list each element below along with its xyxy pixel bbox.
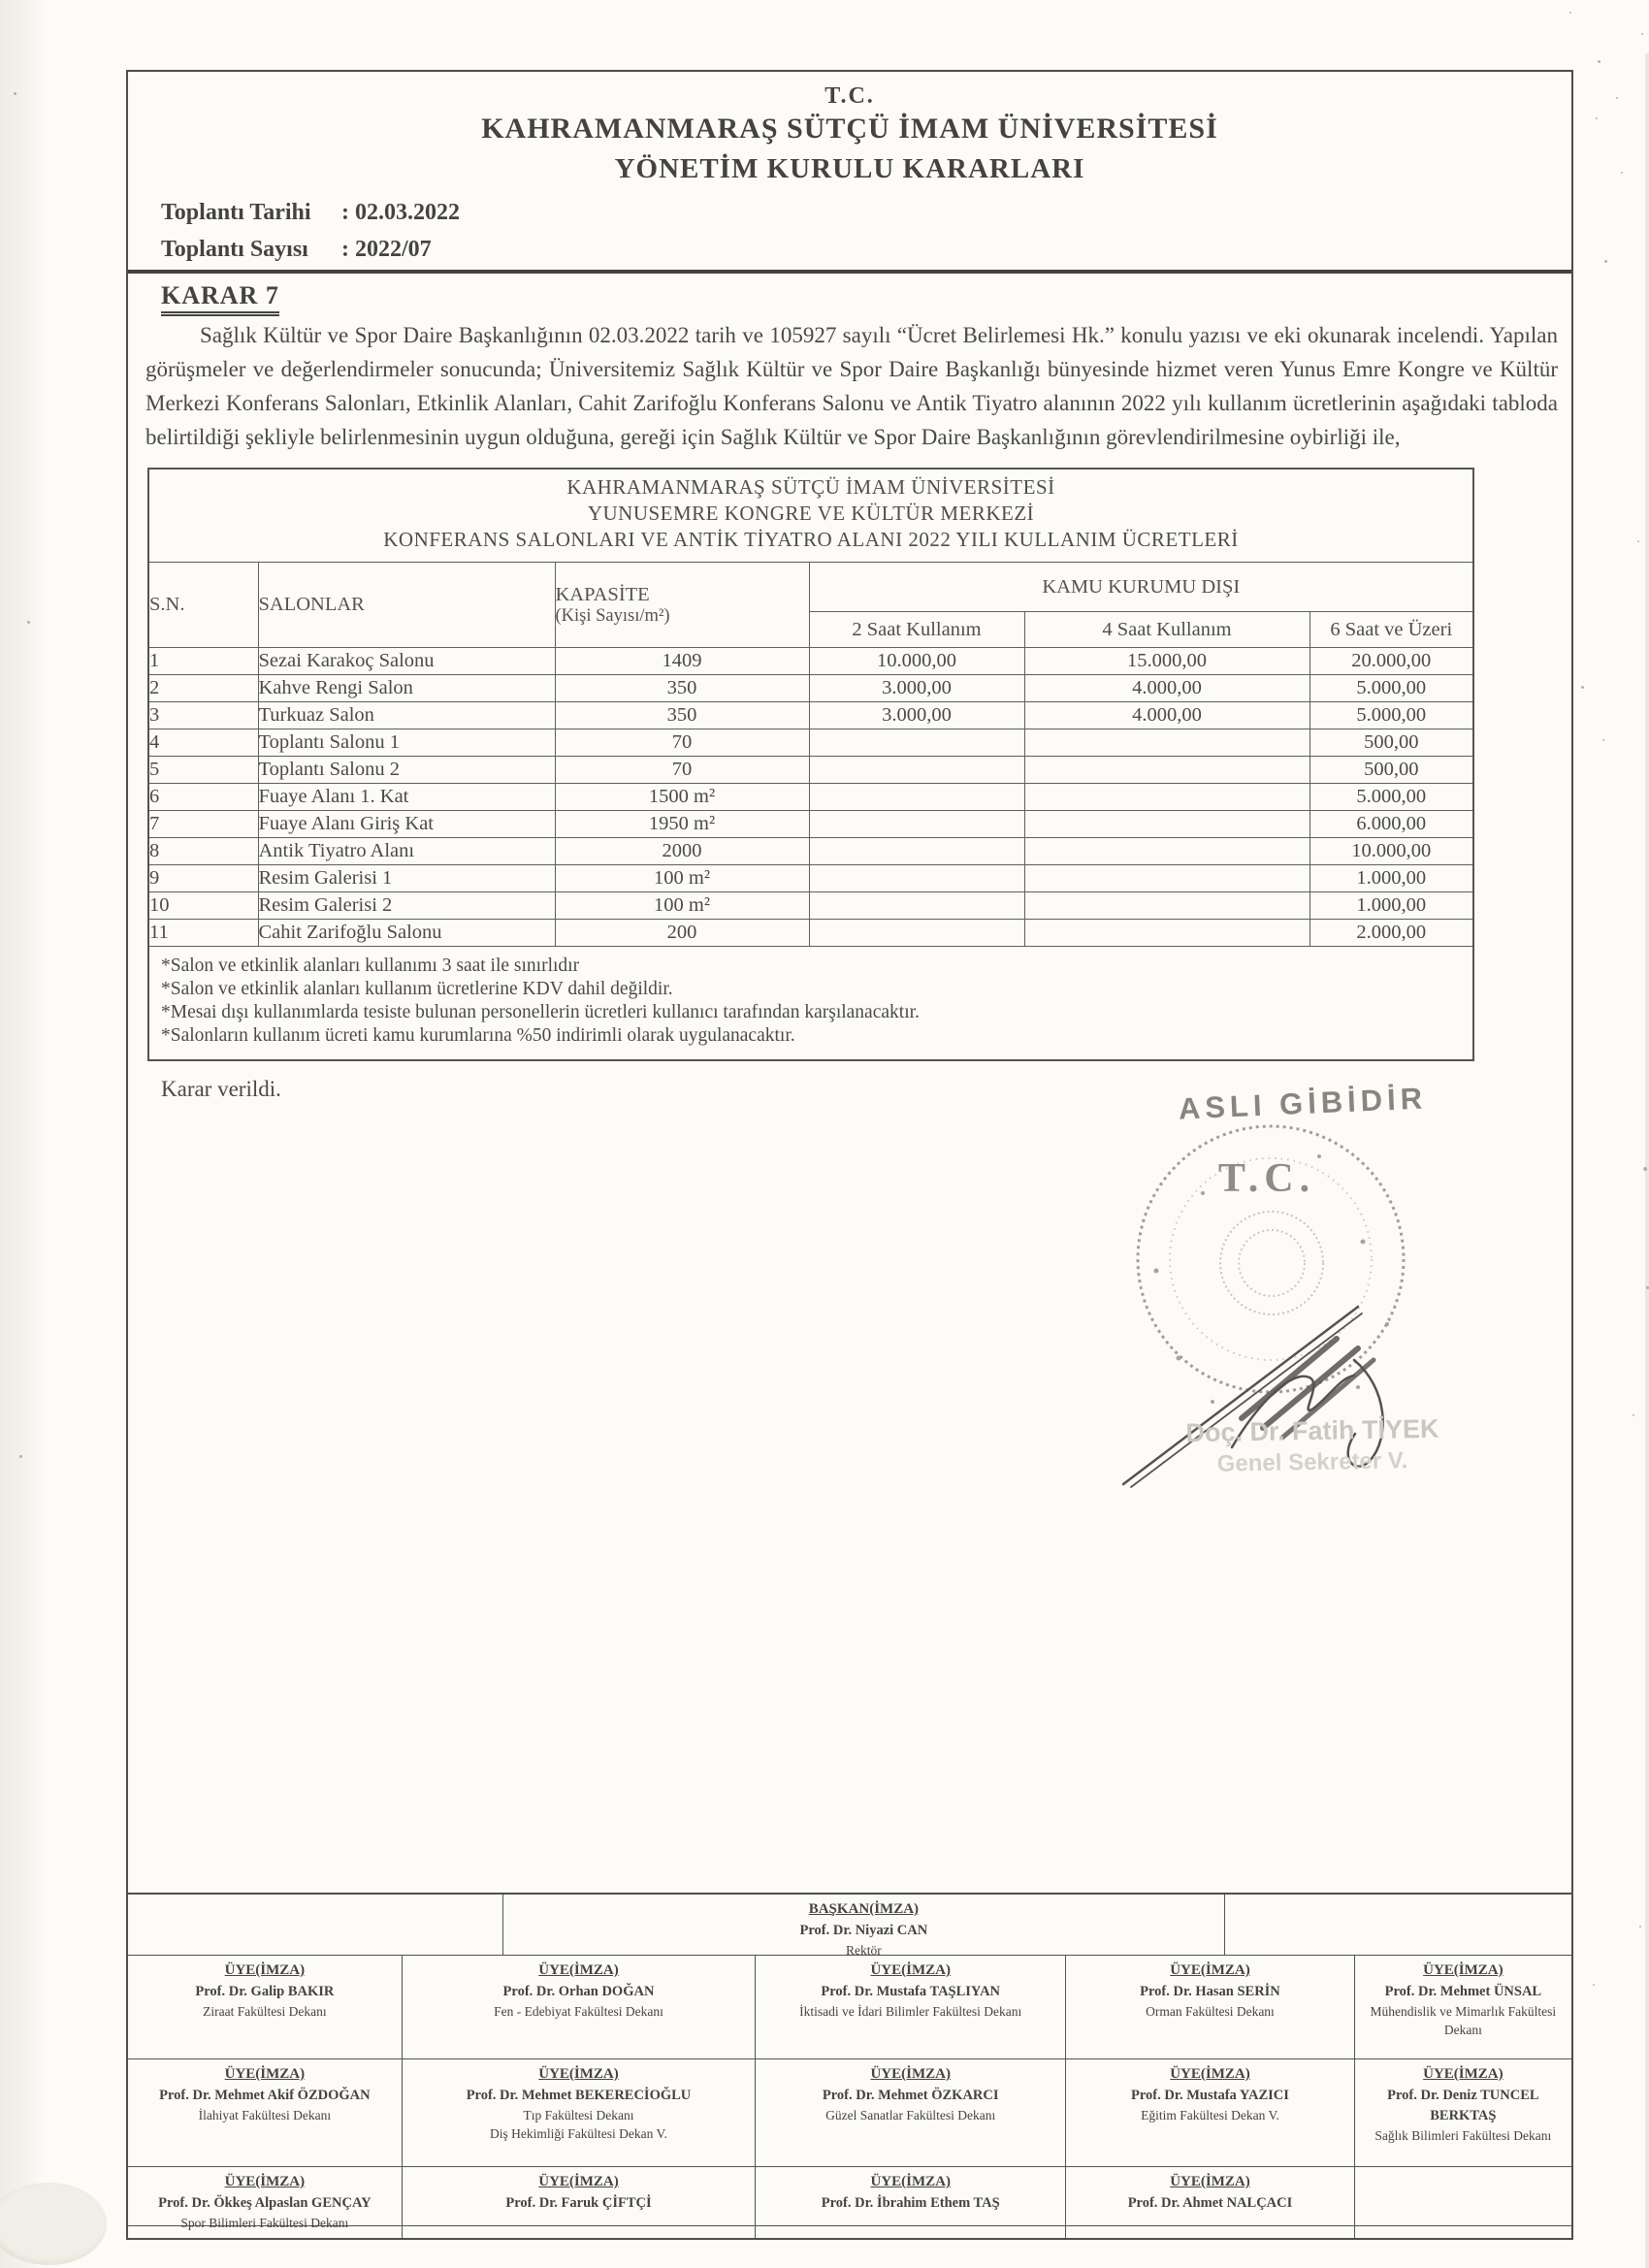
signature-member-name: Prof. Dr. Mustafa TAŞLIYAN [756, 1982, 1065, 2002]
fee-row-4h-price: 4.000,00 [1024, 675, 1309, 702]
fee-row-4h-price [1024, 784, 1309, 811]
signature-member-cell: ÜYE(İMZA) Prof. Dr. İbrahim Ethem TAŞ [756, 2167, 1066, 2225]
signature-member-cell: ÜYE(İMZA) Prof. Dr. Faruk ÇİFTÇİ [403, 2167, 757, 2225]
fee-row-sn: 1 [148, 648, 258, 675]
signature-member-label: ÜYE(İMZA) [1066, 2172, 1354, 2193]
fee-row-6h-price: 2.000,00 [1309, 920, 1473, 947]
fee-col-2h: 2 Saat Kullanım [809, 612, 1024, 648]
fee-row-2h-price: 3.000,00 [809, 702, 1024, 729]
header-republic-line: T.C. [128, 83, 1571, 110]
scan-speck [1581, 686, 1584, 689]
fee-table-footnote: *Salon ve etkinlik alanları kullanımı 3 … [161, 955, 1463, 978]
scan-speck [1596, 117, 1598, 119]
fee-col-6h: 6 Saat ve Üzeri [1309, 612, 1473, 648]
fee-row-salon: Toplantı Salonu 1 [258, 729, 555, 757]
fee-row-2h-price [809, 838, 1024, 865]
signature-member-name: Prof. Dr. Faruk ÇİFTÇİ [403, 2193, 756, 2214]
fee-row-salon: Resim Galerisi 2 [258, 892, 555, 920]
signature-member-label: ÜYE(İMZA) [1066, 2064, 1354, 2086]
meeting-date-value: : 02.03.2022 [341, 200, 460, 225]
signature-member-label: ÜYE(İMZA) [128, 1960, 402, 1982]
signature-member-role: İlahiyat Fakültesi Dekanı [128, 2106, 402, 2125]
fee-row-capacity: 350 [555, 702, 809, 729]
signature-member-role: Mühendislik ve Mimarlık Fakültesi Dekanı [1355, 2002, 1571, 2040]
signature-empty-cell [128, 1895, 503, 1955]
fee-col-sn: S.N. [148, 563, 258, 648]
scan-speck [19, 1455, 22, 1458]
signature-members-row: ÜYE(İMZA) Prof. Dr. Ökkeş Alpaslan GENÇA… [128, 2167, 1571, 2226]
fee-row-capacity: 2000 [555, 838, 809, 865]
fee-table-footnote: *Salon ve etkinlik alanları kullanım ücr… [161, 978, 1463, 1001]
signature-member-role: Eğitim Fakültesi Dekan V. [1066, 2106, 1354, 2125]
fee-row-4h-price [1024, 892, 1309, 920]
fee-table-row: 5 Toplantı Salonu 2 70 500,00 [148, 757, 1473, 784]
scan-speck [1602, 739, 1604, 741]
signature-member-role: Sağlık Bilimleri Fakültesi Dekanı [1355, 2126, 1571, 2146]
signature-member-name: Prof. Dr. Mustafa YAZICI [1066, 2086, 1354, 2106]
signature-member-cell: ÜYE(İMZA) Prof. Dr. Galip BAKIR Ziraat F… [128, 1956, 403, 2058]
fee-table-row: 7 Fuaye Alanı Giriş Kat 1950 m² 6.000,00 [148, 811, 1473, 838]
meeting-date-label: Toplantı Tarihi [161, 200, 341, 226]
fee-table-row: 3 Turkuaz Salon 350 3.000,00 4.000,00 5.… [148, 702, 1473, 729]
signature-member-role: Tıp Fakültesi Dekanı [403, 2106, 756, 2125]
signature-empty-cell [1355, 2167, 1571, 2225]
fee-table-title-row: KAHRAMANMARAŞ SÜTÇÜ İMAM ÜNİVERSİTESİYUN… [148, 469, 1473, 563]
signature-member-label: ÜYE(İMZA) [403, 2064, 756, 2086]
signature-member-cell: ÜYE(İMZA) Prof. Dr. Ahmet NALÇACI [1066, 2167, 1355, 2225]
signature-member-role: Ziraat Fakültesi Dekanı [128, 2002, 402, 2022]
official-seal: T.C. [1138, 1126, 1404, 1404]
scan-speck [1641, 33, 1643, 35]
fee-row-2h-price [809, 865, 1024, 892]
fee-table-row: 10 Resim Galerisi 2 100 m² 1.000,00 [148, 892, 1473, 920]
fee-row-sn: 11 [148, 920, 258, 947]
fee-table-title-line: KONFERANS SALONLARI VE ANTİK TİYATRO ALA… [149, 527, 1472, 553]
fee-row-capacity: 350 [555, 675, 809, 702]
signature-member-name: Prof. Dr. Galip BAKIR [128, 1982, 402, 2002]
fee-row-salon: Sezai Karakoç Salonu [258, 648, 555, 675]
fee-row-6h-price: 1.000,00 [1309, 865, 1473, 892]
fee-table-row: 6 Fuaye Alanı 1. Kat 1500 m² 5.000,00 [148, 784, 1473, 811]
fee-row-6h-price: 500,00 [1309, 757, 1473, 784]
fee-row-capacity: 100 m² [555, 865, 809, 892]
fee-row-sn: 3 [148, 702, 258, 729]
fee-row-sn: 5 [148, 757, 258, 784]
scan-speck [1643, 1167, 1647, 1171]
meeting-number-label: Toplantı Sayısı [161, 237, 341, 263]
signature-member-role: Orman Fakültesi Dekanı [1066, 2002, 1354, 2022]
signature-chairman-name: Prof. Dr. Niyazi CAN [503, 1921, 1224, 1941]
scanned-decision-document: { "header": { "line1": "T.C.", "line2": … [0, 0, 1649, 2268]
fee-row-6h-price: 1.000,00 [1309, 892, 1473, 920]
fee-table-row: 9 Resim Galerisi 1 100 m² 1.000,00 [148, 865, 1473, 892]
fee-row-capacity: 1409 [555, 648, 809, 675]
signer-name-faint: Doç. Dr. Fatih TİYEK [1152, 1413, 1472, 1449]
fee-table-header-row: S.N. SALONLAR KAPASİTE (Kişi Sayısı/m²) … [148, 563, 1473, 612]
fee-row-6h-price: 5.000,00 [1309, 675, 1473, 702]
scan-speck [14, 92, 16, 95]
fee-row-4h-price [1024, 865, 1309, 892]
fee-row-4h-price [1024, 729, 1309, 757]
fee-row-sn: 9 [148, 865, 258, 892]
scan-speck [1604, 260, 1607, 263]
fee-row-capacity: 70 [555, 729, 809, 757]
signature-member-cell: ÜYE(İMZA) Prof. Dr. Ökkeş Alpaslan GENÇA… [128, 2167, 403, 2225]
signature-table: BAŞKAN(İMZA) Prof. Dr. Niyazi CAN Rektör… [126, 1893, 1573, 2240]
fee-col-capacity-line2: (Kişi Sayısı/m²) [556, 606, 809, 627]
signature-member-label: ÜYE(İMZA) [128, 2064, 402, 2086]
signature-member-name: Prof. Dr. Ökkeş Alpaslan GENÇAY [128, 2193, 402, 2214]
signature-member-cell: ÜYE(İMZA) Prof. Dr. Deniz TUNCEL BERKTAŞ… [1355, 2059, 1571, 2166]
fee-row-4h-price: 4.000,00 [1024, 702, 1309, 729]
signature-member-label: ÜYE(İMZA) [756, 2064, 1065, 2086]
scan-blob-bottom-left [0, 2183, 107, 2265]
signature-member-role: Fen - Edebiyat Fakültesi Dekanı [403, 2002, 756, 2022]
signature-chairman-cell: BAŞKAN(İMZA) Prof. Dr. Niyazi CAN Rektör [503, 1895, 1225, 1955]
signature-members-row: ÜYE(İMZA) Prof. Dr. Mehmet Akif ÖZDOĞAN … [128, 2059, 1571, 2167]
fee-row-salon: Cahit Zarifoğlu Salonu [258, 920, 555, 947]
signature-member-cell: ÜYE(İMZA) Prof. Dr. Mehmet Akif ÖZDOĞAN … [128, 2059, 403, 2166]
fee-row-salon: Antik Tiyatro Alanı [258, 838, 555, 865]
fee-table-footnotes-row: *Salon ve etkinlik alanları kullanımı 3 … [148, 947, 1473, 1061]
signer-title-faint: Genel Sekreter V. [1172, 1446, 1453, 1478]
page-frame: T.C. KAHRAMANMARAŞ SÜTÇÜ İMAM ÜNİVERSİTE… [126, 70, 1573, 2240]
signature-member-cell: ÜYE(İMZA) Prof. Dr. Mustafa YAZICI Eğiti… [1066, 2059, 1355, 2166]
signature-member-label: ÜYE(İMZA) [403, 1960, 756, 1982]
signature-member-name: Prof. Dr. Hasan SERİN [1066, 1982, 1354, 2002]
signature-empty-cell [1225, 1895, 1571, 1955]
fee-row-4h-price [1024, 920, 1309, 947]
fee-table-footnote: *Salonların kullanım ücreti kamu kurumla… [161, 1024, 1463, 1048]
scan-edge-streak-right [1645, 53, 1649, 2268]
fee-col-capacity-line1: KAPASİTE [556, 584, 809, 606]
fee-table-title-cell: KAHRAMANMARAŞ SÜTÇÜ İMAM ÜNİVERSİTESİYUN… [148, 469, 1473, 563]
scan-speck [1598, 60, 1600, 63]
signature-member-cell: ÜYE(İMZA) Prof. Dr. Orhan DOĞAN Fen - Ed… [403, 1956, 757, 2058]
seal-tc-text: T.C. [1218, 1156, 1315, 1201]
scan-speck [1616, 97, 1618, 99]
fee-row-6h-price: 500,00 [1309, 729, 1473, 757]
signature-empty-cell [756, 2226, 1066, 2238]
signature-bottom-strip-row [128, 2226, 1571, 2238]
fee-row-sn: 4 [148, 729, 258, 757]
fee-table-row: 1 Sezai Karakoç Salonu 1409 10.000,00 15… [148, 648, 1473, 675]
signature-member-role: Diş Hekimliği Fakültesi Dekan V. [403, 2124, 756, 2144]
signature-member-name: Prof. Dr. Mehmet ÜNSAL [1355, 1982, 1571, 2002]
decision-heading: KARAR 7 [161, 281, 279, 310]
decision-closing: Karar verildi. [161, 1077, 281, 1102]
signature-member-name: Prof. Dr. Mehmet ÖZKARCI [756, 2086, 1065, 2106]
meeting-date-row: Toplantı Tarihi: 02.03.2022 [161, 200, 460, 226]
signature-empty-cell [1355, 2226, 1571, 2238]
scan-edge-shadow-left [0, 0, 47, 2268]
signature-member-cell: ÜYE(İMZA) Prof. Dr. Mehmet ÖZKARCI Güzel… [756, 2059, 1066, 2166]
scan-speck [1621, 172, 1623, 174]
fee-row-4h-price [1024, 811, 1309, 838]
header-university-name: KAHRAMANMARAŞ SÜTÇÜ İMAM ÜNİVERSİTESİ [128, 113, 1571, 146]
fee-row-sn: 6 [148, 784, 258, 811]
fee-row-6h-price: 6.000,00 [1309, 811, 1473, 838]
signature-members-row: ÜYE(İMZA) Prof. Dr. Galip BAKIR Ziraat F… [128, 1956, 1571, 2059]
fee-row-salon: Fuaye Alanı 1. Kat [258, 784, 555, 811]
fee-row-2h-price [809, 811, 1024, 838]
fee-row-4h-price: 15.000,00 [1024, 648, 1309, 675]
signature-empty-cell [1066, 2226, 1355, 2238]
scan-speck [1593, 1984, 1595, 1986]
fee-table-footnote: *Mesai dışı kullanımlarda tesiste buluna… [161, 1001, 1463, 1024]
signature-member-role: İktisadi ve İdari Bilimler Fakültesi Dek… [756, 2002, 1065, 2022]
fee-row-6h-price: 5.000,00 [1309, 702, 1473, 729]
fee-row-salon: Resim Galerisi 1 [258, 865, 555, 892]
fee-row-6h-price: 10.000,00 [1309, 838, 1473, 865]
signature-member-role: Güzel Sanatlar Fakültesi Dekanı [756, 2106, 1065, 2125]
fee-row-2h-price [809, 920, 1024, 947]
fee-table-title-line: KAHRAMANMARAŞ SÜTÇÜ İMAM ÜNİVERSİTESİ [149, 474, 1472, 501]
fee-row-sn: 10 [148, 892, 258, 920]
signature-member-cell: ÜYE(İMZA) Prof. Dr. Mustafa TAŞLIYAN İkt… [756, 1956, 1066, 2058]
fee-table-body: 1 Sezai Karakoç Salonu 1409 10.000,00 15… [148, 648, 1473, 947]
fee-table-row: 4 Toplantı Salonu 1 70 500,00 [148, 729, 1473, 757]
signature-member-label: ÜYE(İMZA) [1066, 1960, 1354, 1982]
fee-row-6h-price: 5.000,00 [1309, 784, 1473, 811]
fee-row-capacity: 200 [555, 920, 809, 947]
signature-member-name: Prof. Dr. Orhan DOĞAN [403, 1982, 756, 2002]
fee-row-capacity: 70 [555, 757, 809, 784]
meeting-number-value: : 2022/07 [341, 237, 432, 262]
fee-row-capacity: 100 m² [555, 892, 809, 920]
fee-row-salon: Turkuaz Salon [258, 702, 555, 729]
fee-row-capacity: 1500 m² [555, 784, 809, 811]
signature-member-name: Prof. Dr. Deniz TUNCEL BERKTAŞ [1355, 2086, 1571, 2126]
decision-body-paragraph: Sağlık Kültür ve Spor Daire Başkanlığını… [145, 318, 1558, 454]
signature-member-name: Prof. Dr. Mehmet Akif ÖZDOĞAN [128, 2086, 402, 2106]
meeting-number-row: Toplantı Sayısı: 2022/07 [161, 237, 432, 263]
fee-col-capacity: KAPASİTE (Kişi Sayısı/m²) [555, 563, 809, 648]
fee-row-salon: Kahve Rengi Salon [258, 675, 555, 702]
signature-member-label: ÜYE(İMZA) [1355, 1960, 1571, 1982]
header-board-decisions: YÖNETİM KURULU KARARLARI [128, 153, 1571, 185]
signature-chairman-row: BAŞKAN(İMZA) Prof. Dr. Niyazi CAN Rektör [128, 1895, 1571, 1956]
fee-col-4h: 4 Saat Kullanım [1024, 612, 1309, 648]
fee-row-salon: Toplantı Salonu 2 [258, 757, 555, 784]
signature-empty-cell [128, 2226, 403, 2238]
signature-member-cell: ÜYE(İMZA) Prof. Dr. Mehmet BEKERECİOĞLU … [403, 2059, 757, 2166]
fee-row-6h-price: 20.000,00 [1309, 648, 1473, 675]
fee-table-row: 2 Kahve Rengi Salon 350 3.000,00 4.000,0… [148, 675, 1473, 702]
scan-speck [1637, 540, 1639, 542]
fee-row-capacity: 1950 m² [555, 811, 809, 838]
scan-speck [1633, 1414, 1634, 1416]
signature-member-label: ÜYE(İMZA) [756, 2172, 1065, 2193]
fee-table: KAHRAMANMARAŞ SÜTÇÜ İMAM ÜNİVERSİTESİYUN… [147, 468, 1474, 1061]
signature-member-cell: ÜYE(İMZA) Prof. Dr. Hasan SERİN Orman Fa… [1066, 1956, 1355, 2058]
fee-row-2h-price [809, 784, 1024, 811]
fee-row-2h-price [809, 757, 1024, 784]
signature-member-label: ÜYE(İMZA) [403, 2172, 756, 2193]
signature-member-label: ÜYE(İMZA) [128, 2172, 402, 2193]
fee-row-4h-price [1024, 757, 1309, 784]
fee-row-sn: 8 [148, 838, 258, 865]
signature-member-label: ÜYE(İMZA) [1355, 2064, 1571, 2086]
fee-row-2h-price [809, 892, 1024, 920]
fee-col-salons: SALONLAR [258, 563, 555, 648]
fee-row-salon: Fuaye Alanı Giriş Kat [258, 811, 555, 838]
fee-row-sn: 2 [148, 675, 258, 702]
signature-member-label: ÜYE(İMZA) [756, 1960, 1065, 1982]
fee-table-row: 11 Cahit Zarifoğlu Salonu 200 2.000,00 [148, 920, 1473, 947]
signature-member-name: Prof. Dr. Mehmet BEKERECİOĞLU [403, 2086, 756, 2106]
fee-table-row: 8 Antik Tiyatro Alanı 2000 10.000,00 [148, 838, 1473, 865]
fee-row-4h-price [1024, 838, 1309, 865]
scan-speck [1639, 1926, 1641, 1928]
fee-row-2h-price: 3.000,00 [809, 675, 1024, 702]
header-separator-rule [128, 270, 1571, 274]
fee-table-title-line: YUNUSEMRE KONGRE VE KÜLTÜR MERKEZİ [149, 501, 1472, 527]
scan-speck [1569, 12, 1571, 14]
fee-row-2h-price: 10.000,00 [809, 648, 1024, 675]
signature-member-name: Prof. Dr. İbrahim Ethem TAŞ [756, 2193, 1065, 2214]
signature-chairman-label: BAŞKAN(İMZA) [503, 1899, 1224, 1921]
fee-row-sn: 7 [148, 811, 258, 838]
fee-col-group-non-public: KAMU KURUMU DIŞI [809, 563, 1473, 612]
fee-row-2h-price [809, 729, 1024, 757]
signature-member-name: Prof. Dr. Ahmet NALÇACI [1066, 2193, 1354, 2214]
signature-member-cell: ÜYE(İMZA) Prof. Dr. Mehmet ÜNSAL Mühendi… [1355, 1956, 1571, 2058]
signature-empty-cell [403, 2226, 757, 2238]
scan-speck [27, 621, 30, 624]
fee-table-footnotes-cell: *Salon ve etkinlik alanları kullanımı 3 … [148, 947, 1473, 1061]
